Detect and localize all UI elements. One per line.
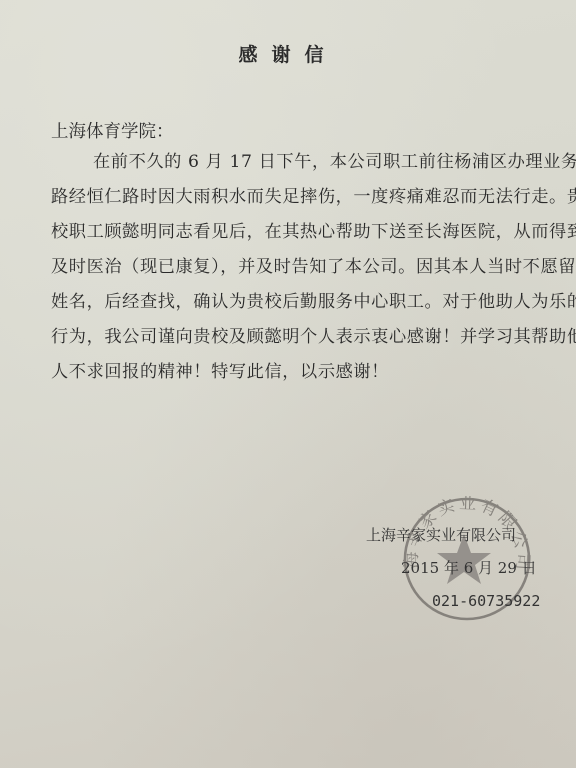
signature-phone: 021-60735922 — [432, 592, 540, 610]
signature-date: 2015 年 6 月 29 日 — [401, 557, 537, 578]
body-line: 在前不久的 6 月 17 日下午，本公司职工前往杨浦区办理业务， — [51, 150, 531, 185]
body-line: 校职工顾懿明同志看见后，在其热心帮助下送至长海医院，从而得到 — [51, 220, 531, 255]
signature-company: 上海辛家实业有限公司 — [366, 524, 516, 545]
body-line: 姓名，后经查找，确认为贵校后勤服务中心职工。对于他助人为乐的 — [51, 290, 531, 325]
letter-title: 感谢信 — [0, 40, 576, 67]
body-line: 人不求回报的精神！特写此信，以示感谢！ — [51, 360, 531, 395]
letter-salutation: 上海体育学院： — [51, 118, 174, 143]
body-line: 行为，我公司谨向贵校及顾懿明个人表示衷心感谢！并学习其帮助他 — [51, 325, 531, 360]
letter-body: 在前不久的 6 月 17 日下午，本公司职工前往杨浦区办理业务， 路经恒仁路时因… — [51, 150, 531, 395]
body-line: 路经恒仁路时因大雨积水而失足摔伤，一度疼痛难忍而无法行走。贵 — [51, 185, 531, 220]
body-line: 及时医治（现已康复），并及时告知了本公司。因其本人当时不愿留 — [51, 255, 531, 290]
